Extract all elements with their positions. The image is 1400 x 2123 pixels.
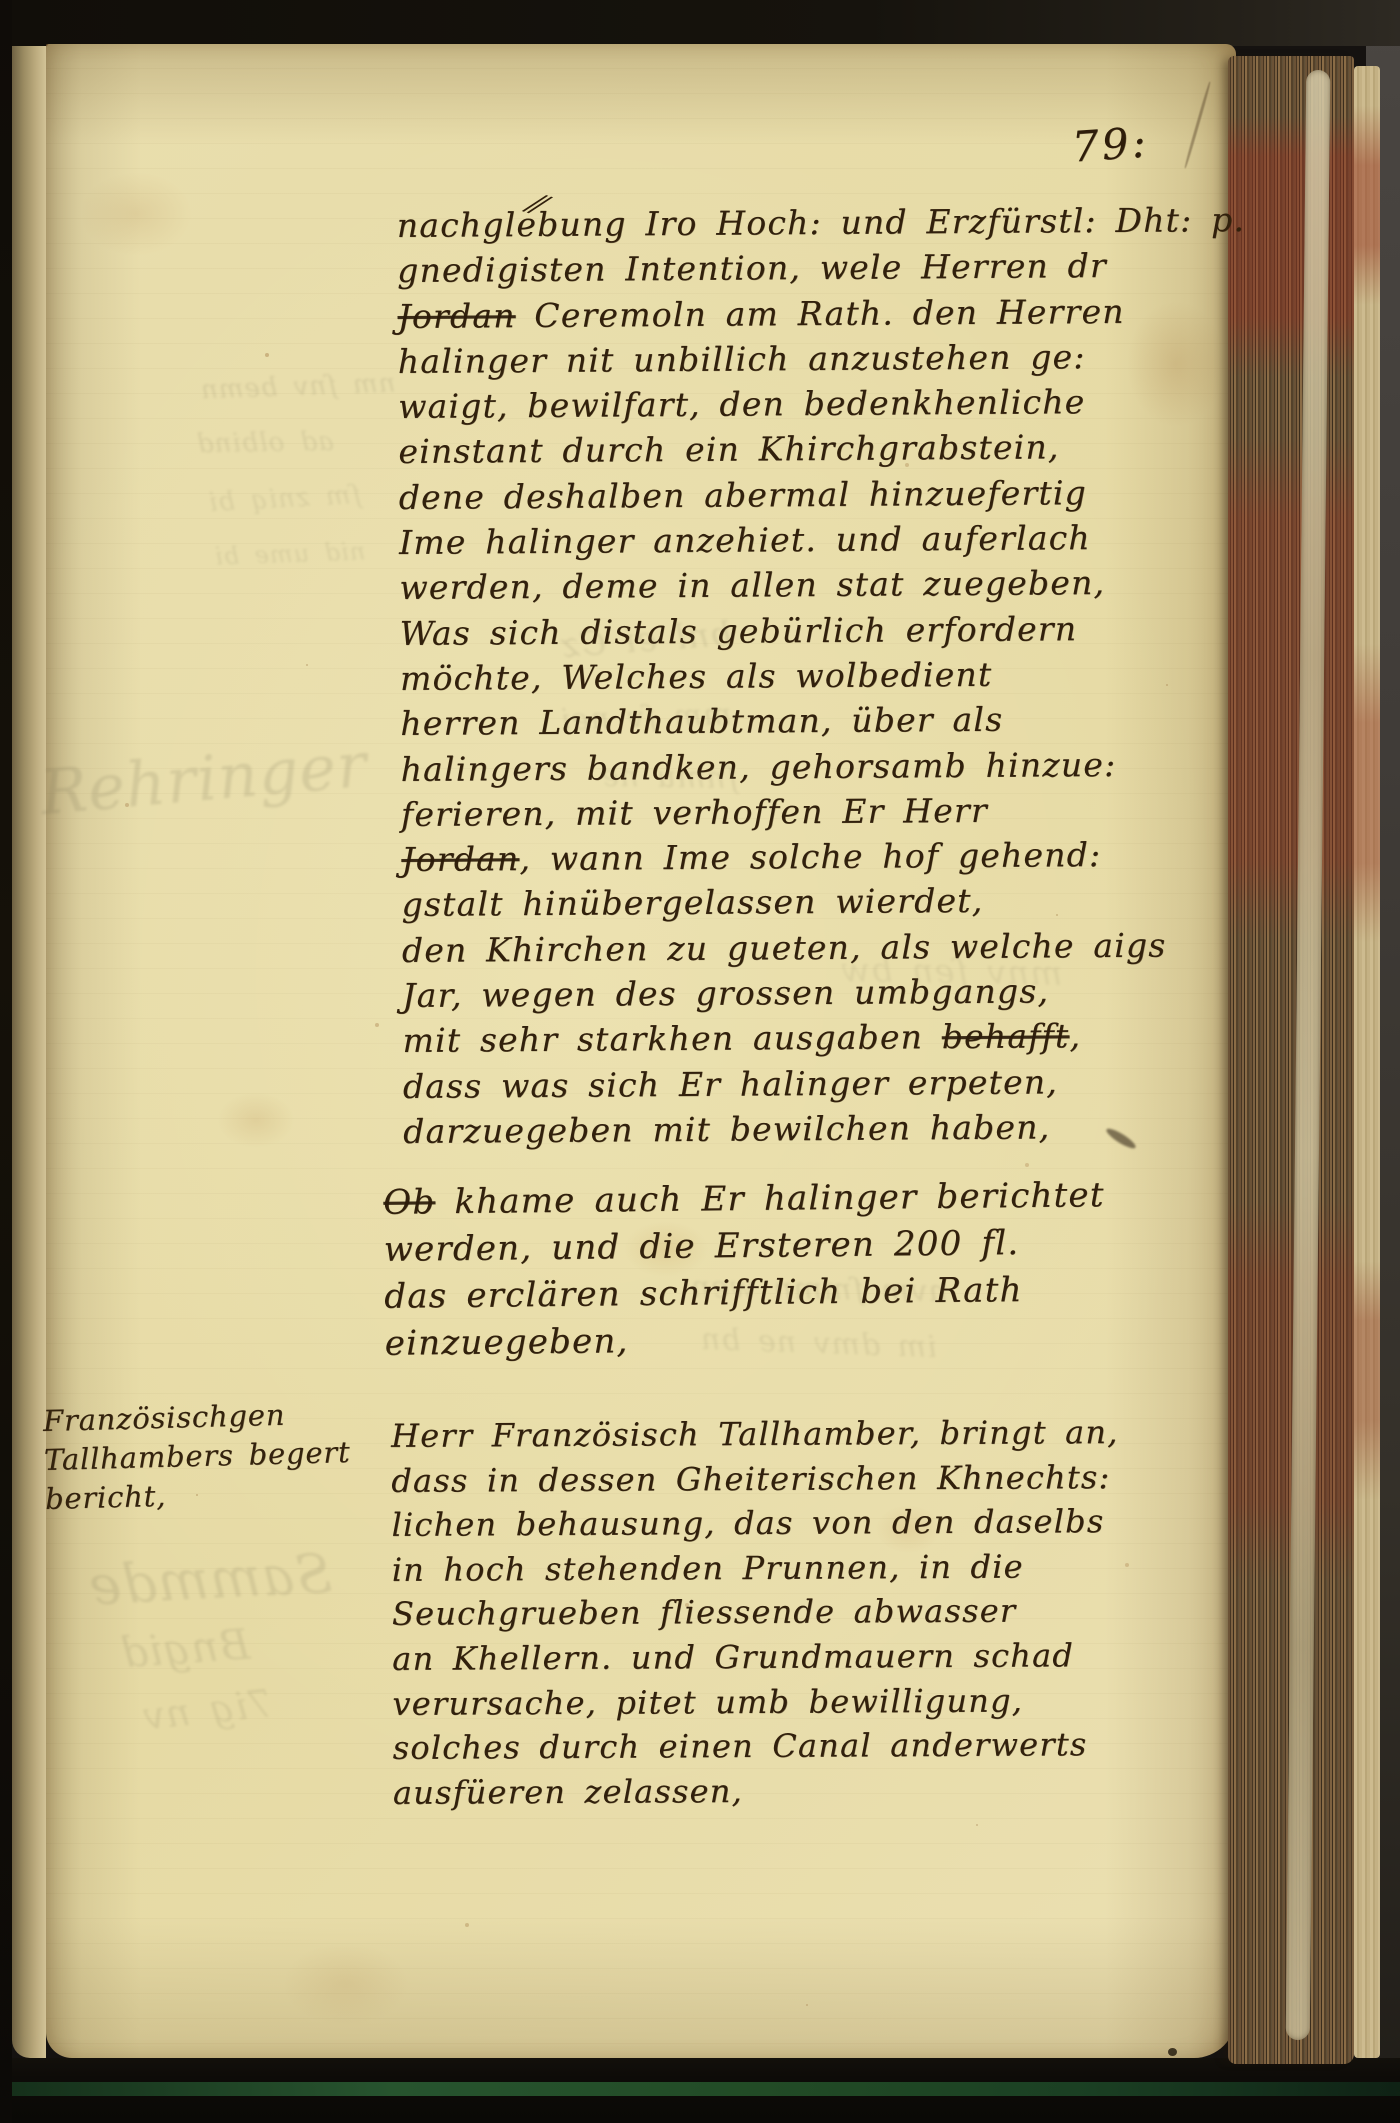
margin-note-entry-2: FranzösischgenTallhambers begertbericht, bbox=[43, 1394, 352, 1519]
manuscript-line: ausfüeren zelassen, bbox=[393, 1767, 1121, 1815]
manuscript-line: Ob khame auch Er halinger berichtet bbox=[383, 1172, 1105, 1227]
manuscript-line: waigt, bewilfart, den bedenkhenliche bbox=[398, 378, 1247, 429]
bleedthrough-text: ad olbind bbox=[196, 427, 334, 459]
manuscript-line: werden, und die Ersteren 200 fl. bbox=[384, 1219, 1106, 1274]
manuscript-line: Seuchgrueben fliessende abwasser bbox=[392, 1588, 1120, 1636]
manuscript-line: halingers bandken, gehorsamb hinzue: bbox=[400, 741, 1249, 792]
manuscript-line: Ime halinger anzehiet. und auferlach bbox=[399, 514, 1248, 565]
manuscript-line: halinger nit unbillich anzustehen ge: bbox=[398, 333, 1247, 384]
manuscript-line: herren Landthaubtman, über als bbox=[400, 695, 1249, 746]
outer-page-edge bbox=[1354, 66, 1380, 2058]
manuscript-line: Jar, wegen des grossen umbgangs, bbox=[402, 967, 1251, 1018]
manuscript-line: dass in dessen Gheiterischen Khnechts: bbox=[391, 1455, 1119, 1503]
manuscript-line: Jordan Ceremoln am Rath. den Herren bbox=[397, 288, 1246, 339]
manuscript-photo: 79: ⁄⁄ nachglebung Iro Hoch: und Erzfürs… bbox=[0, 0, 1400, 2123]
manuscript-line: Jordan, wann Ime solche hof gehend: bbox=[401, 831, 1250, 882]
margin-note-line: Tallhambers begert bbox=[44, 1433, 351, 1480]
manuscript-line: Herr Französisch Tallhamber, bringt an, bbox=[391, 1410, 1119, 1458]
table-edge-strip bbox=[0, 2082, 1400, 2096]
manuscript-line: ferieren, mit verhoffen Er Herr bbox=[401, 786, 1250, 837]
fore-edge-guard-leaf bbox=[1286, 70, 1331, 2040]
manuscript-line: lichen behausung, das von den daselbs bbox=[391, 1499, 1119, 1547]
bleedthrough-text: nid ume bi bbox=[214, 537, 366, 570]
ink-dot bbox=[1168, 2048, 1177, 2056]
bleedthrough-text: mnv ſen bw bbox=[840, 950, 1063, 994]
manuscript-line: den Khirchen zu gueten, als welche aigs bbox=[402, 922, 1251, 973]
manuscript-line: mit sehr starkhen ausgaben behafft, bbox=[402, 1012, 1251, 1063]
manuscript-line: Was sich distals gebürlich erfordern bbox=[400, 605, 1249, 656]
page-under-edge bbox=[12, 46, 46, 2058]
manuscript-line: solches durch einen Canal anderwerts bbox=[393, 1722, 1121, 1770]
manuscript-line: dene deshalben abermal hinzuefertig bbox=[399, 469, 1248, 520]
entry-1: nachglebung Iro Hoch: und Erzfürstl: Dht… bbox=[397, 197, 1252, 1154]
bleedthrough-text: Sammde bbox=[87, 1542, 334, 1618]
entry-2: Herr Französisch Tallhamber, bringt an,d… bbox=[391, 1410, 1121, 1815]
manuscript-line: möchte, Welches als wolbedient bbox=[400, 650, 1249, 701]
manuscript-line: darzuegeben mit bewilchen haben, bbox=[403, 1103, 1252, 1154]
manuscript-line: an Khellern. und Grundmauern schad bbox=[392, 1633, 1120, 1681]
manuscript-line: werden, deme in allen stat zuegeben, bbox=[399, 559, 1248, 610]
manuscript-line: gnedigisten Intention, wele Herren dr bbox=[397, 242, 1246, 293]
bleedthrough-text: mm ſv nei bbox=[559, 697, 732, 738]
manuscript-line: gstalt hinübergelassen wierdet, bbox=[401, 876, 1250, 927]
page-number: 79: bbox=[1070, 117, 1150, 171]
manuscript-line: nachglebung Iro Hoch: und Erzfürstl: Dht… bbox=[397, 197, 1246, 248]
bleedthrough-text: ſnmu ne bbox=[600, 759, 738, 796]
left-shadow-edge bbox=[0, 0, 12, 2123]
top-shadow-band bbox=[0, 0, 1400, 46]
paper-speckles bbox=[46, 44, 48, 46]
manuscript-line: einstant durch ein Khirchgrabstein, bbox=[398, 424, 1247, 475]
margin-note-line: bericht, bbox=[45, 1472, 352, 1519]
manuscript-line: in hoch stehenden Prunnen, in die bbox=[392, 1544, 1120, 1592]
manuscript-line: verursache, pitet umb bewilligung, bbox=[392, 1678, 1120, 1726]
manuscript-line: dass was sich Er halinger erpeten, bbox=[403, 1058, 1252, 1109]
bleedthrough-text: nvm ſmmn wen bbox=[690, 1270, 948, 1309]
bleedthrough-text: Bngid bbox=[118, 1620, 251, 1678]
